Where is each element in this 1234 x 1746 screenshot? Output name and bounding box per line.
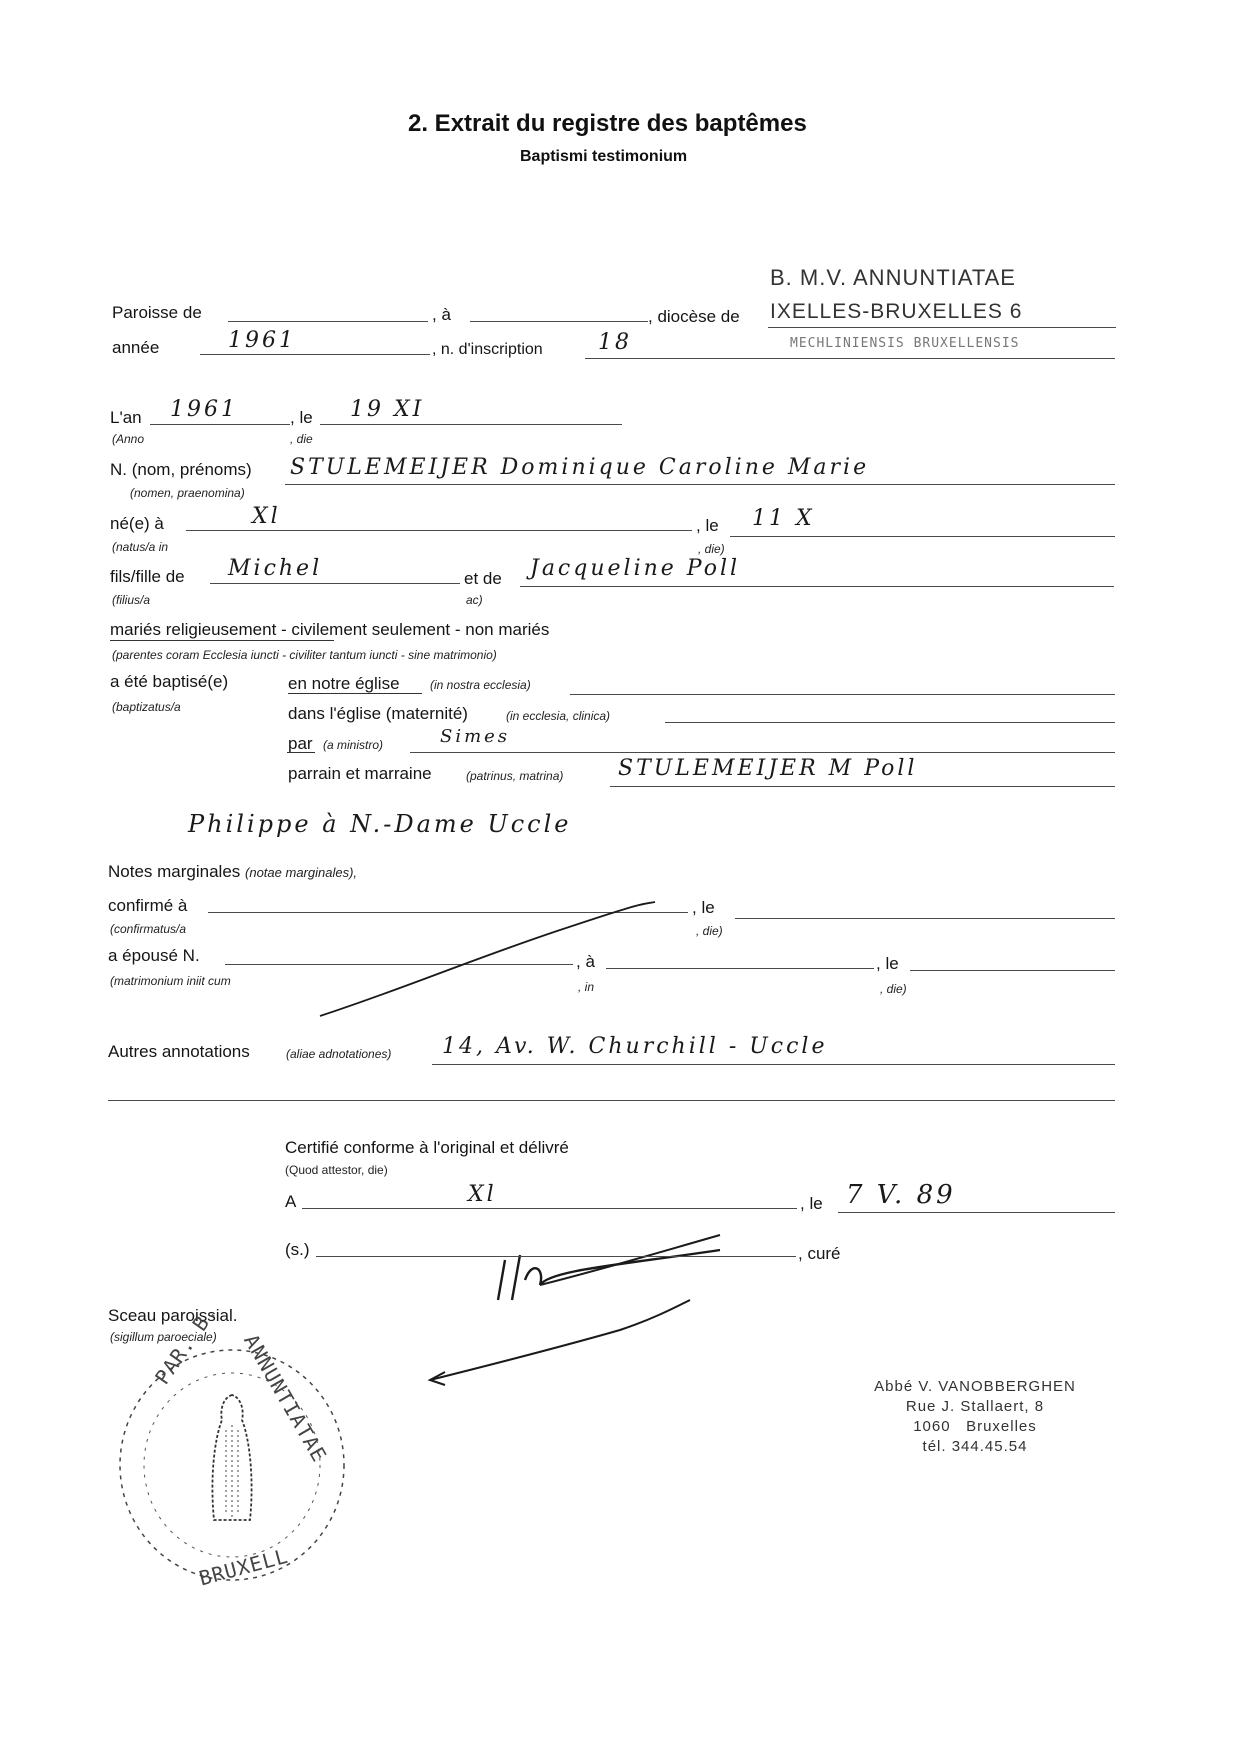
cure-label: , curé <box>798 1244 841 1264</box>
autres-field[interactable] <box>432 1064 1115 1065</box>
cert-a-value: Xl <box>468 1182 497 1207</box>
cert-le-field[interactable] <box>838 1212 1115 1213</box>
autres-field-2[interactable] <box>108 1100 1115 1101</box>
priest-stamp-phone: tél. 344.45.54 <box>850 1438 1100 1455</box>
autres-sub: (aliae adnotationes) <box>286 1047 391 1061</box>
autres-value: 14, Av. W. Churchill - Uccle <box>442 1034 827 1059</box>
strike-through-stroke <box>0 0 1234 1746</box>
signature-field[interactable] <box>316 1256 796 1257</box>
cert-a-label: A <box>285 1192 296 1212</box>
autres-label: Autres annotations <box>108 1042 250 1062</box>
cert-le-value: 7 V. 89 <box>846 1180 956 1210</box>
signature-label: (s.) <box>285 1240 310 1260</box>
certification-sub: (Quod attestor, die) <box>285 1163 388 1177</box>
priest-stamp-street: Rue J. Stallaert, 8 <box>850 1398 1100 1415</box>
priest-stamp-name: Abbé V. VANOBBERGHEN <box>850 1378 1100 1395</box>
priest-stamp-city: 1060 Bruxelles <box>850 1418 1100 1435</box>
cert-le-label: , le <box>800 1194 823 1214</box>
certification-text: Certifié conforme à l'original et délivr… <box>285 1138 569 1158</box>
cert-a-field[interactable] <box>302 1208 797 1209</box>
